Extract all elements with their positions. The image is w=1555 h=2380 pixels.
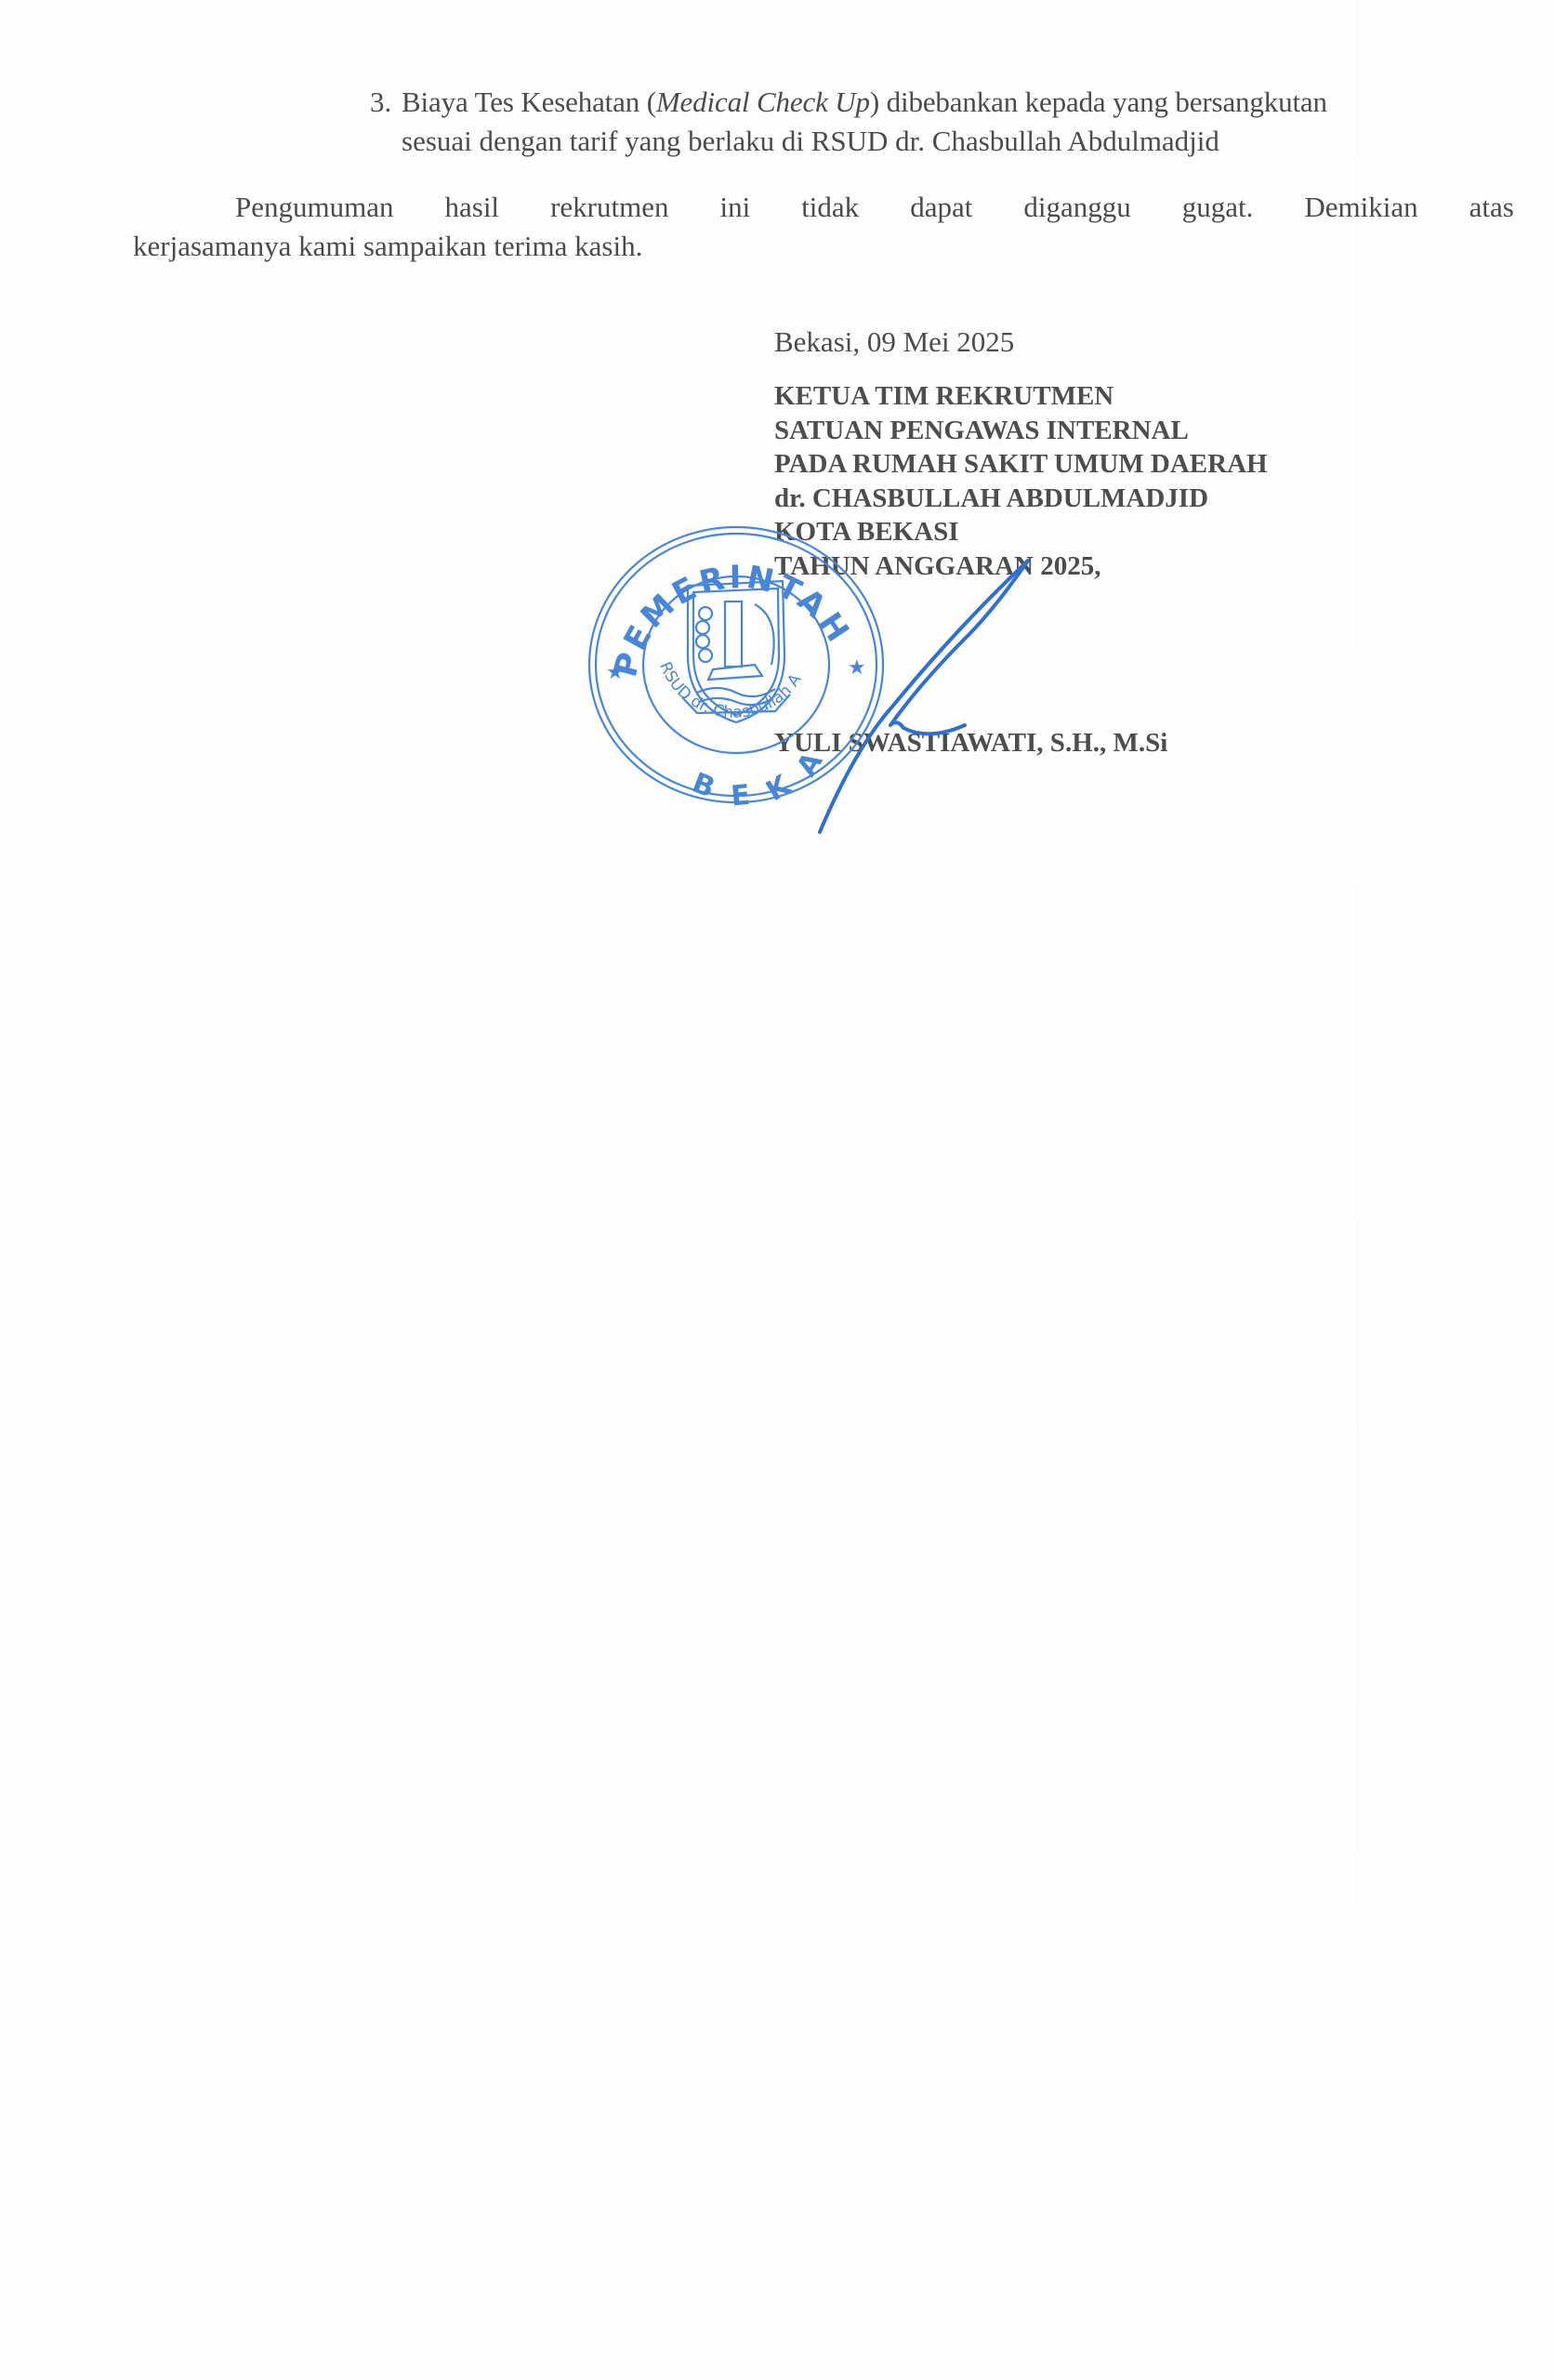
- title-line: KETUA TIM REKRUTMEN: [774, 379, 1268, 414]
- word: dapat: [859, 189, 972, 226]
- word: Pengumuman: [184, 189, 394, 226]
- list-item-line-1: Biaya Tes Kesehatan (Medical Check Up) d…: [402, 84, 1327, 121]
- scan-fold-line: [1357, 0, 1359, 2380]
- word: atas: [1418, 189, 1514, 226]
- word: ini: [668, 189, 750, 226]
- document-page: 3. Biaya Tes Kesehatan (Medical Check Up…: [0, 0, 1555, 2380]
- title-line: dr. CHASBULLAH ABDULMADJID: [774, 482, 1268, 516]
- word: diganggu: [972, 189, 1130, 226]
- italic-term: Medical Check Up: [656, 86, 870, 118]
- word: tidak: [750, 189, 859, 226]
- svg-text:RSUD dr. Chasbullah Abdulmadji: RSUD dr. Chasbullah Abdulmadjid: [578, 516, 806, 722]
- title-line: SATUAN PENGAWAS INTERNAL: [774, 414, 1268, 448]
- list-item-line-2: sesuai dengan tarif yang berlaku di RSUD…: [402, 123, 1219, 160]
- word: Demikian: [1253, 189, 1417, 226]
- title-line: PADA RUMAH SAKIT UMUM DAERAH: [774, 447, 1268, 482]
- word: gugat.: [1131, 189, 1254, 226]
- closing-line-1: Pengumumanhasilrekrutmeninitidakdapatdig…: [133, 189, 1420, 226]
- word: rekrutmen: [499, 189, 668, 226]
- place-date: Bekasi, 09 Mei 2025: [774, 324, 1268, 361]
- word: hasil: [394, 189, 500, 226]
- closing-paragraph: Pengumumanhasilrekrutmeninitidakdapatdig…: [133, 189, 1420, 265]
- text-segment: ) dibebankan kepada yang bersangkutan: [870, 86, 1327, 118]
- list-number: 3.: [370, 84, 391, 121]
- closing-line-2: kerjasamanya kami sampaikan terima kasih…: [133, 228, 1420, 265]
- word: perhatian: [1514, 189, 1555, 226]
- handwritten-signature-icon: [799, 535, 1041, 841]
- text-segment: Biaya Tes Kesehatan (: [402, 86, 656, 118]
- svg-text:★: ★: [606, 661, 625, 684]
